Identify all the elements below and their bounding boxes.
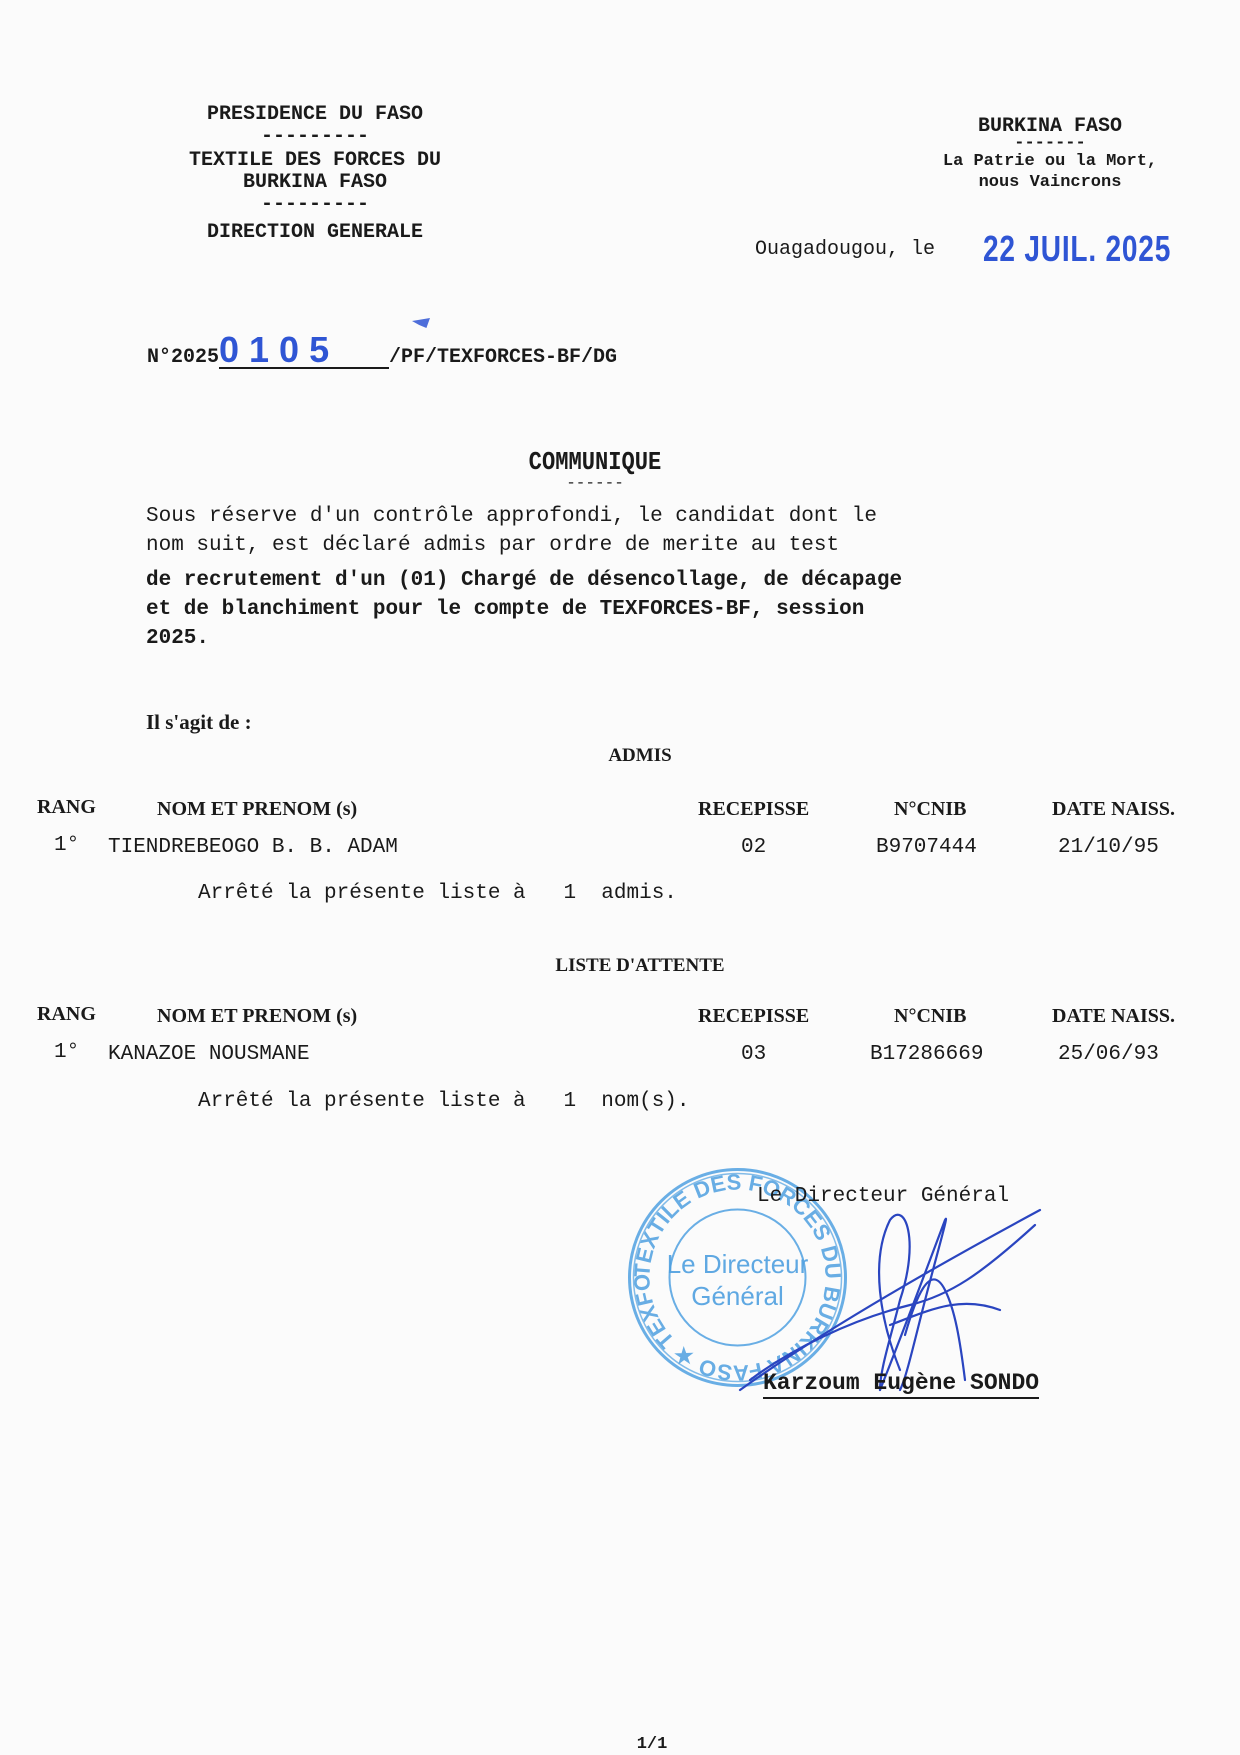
reference-prefix: N°2025 [147,346,219,369]
page-number: 1/1 [602,1735,702,1754]
communique-intro: Sous réserve d'un contrôle approfondi, l… [146,502,1066,560]
header-separator: --------- [150,126,480,148]
reference-suffix: /PF/TEXFORCES-BF/DG [389,346,617,369]
closing-prefix: Arrêté la présente liste à [198,1090,526,1113]
date-stamp: 22 JUIL. 2025 [983,228,1171,270]
col-rang: RANG [37,796,96,819]
ink-mark [412,318,430,328]
col-date-naiss: DATE NAISS. [1052,1005,1175,1028]
attente-section-title: LISTE D'ATTENTE [490,955,790,977]
intro-line-2: nom suit, est déclaré admis par ordre de… [146,531,1066,560]
col-rang: RANG [37,1003,96,1026]
admis-closing: Arrêté la présente liste à 1 admis. [198,882,677,905]
closing-count: 1 [563,1090,576,1113]
country-separator: ------- [900,137,1200,151]
intro-line-1: Sous réserve d'un contrôle approfondi, l… [146,502,1066,531]
closing-suffix: admis. [601,882,677,905]
reference-number: N°20250105/PF/TEXFORCES-BF/DG [147,333,617,369]
col-nom: NOM ET PRENOM (s) [157,798,357,821]
closing-suffix: nom(s). [601,1090,689,1113]
admis-section-title: ADMIS [490,745,790,767]
col-cnib: N°CNIB [894,798,966,821]
presidency-line: PRESIDENCE DU FASO [150,104,480,126]
cell-rang: 1° [54,1041,79,1064]
cell-cnib: B17286669 [870,1043,983,1066]
attente-closing: Arrêté la présente liste à 1 nom(s). [198,1090,690,1113]
communique-title-separator: ------ [560,474,630,492]
motto-line-1: La Patrie ou la Mort, [900,151,1200,172]
cell-cnib: B9707444 [876,836,977,859]
communique-title: COMMUNIQUE [480,447,710,477]
col-date-naiss: DATE NAISS. [1052,798,1175,821]
cell-date-naiss: 25/06/93 [1058,1043,1159,1066]
cell-recepisse: 02 [741,836,766,859]
col-recepisse: RECEPISSE [698,1005,809,1028]
communique-subject: de recrutement d'un (01) Chargé de désen… [146,566,1066,653]
list-intro: Il s'agit de : [146,710,252,735]
cell-nom: KANAZOE NOUSMANE [108,1043,310,1066]
cell-nom: TIENDREBEOGO B. B. ADAM [108,836,398,859]
col-nom: NOM ET PRENOM (s) [157,1005,357,1028]
subject-line-2: et de blanchiment pour le compte de TEXF… [146,595,1066,624]
cell-rang: 1° [54,834,79,857]
country-header: BURKINA FASO ------- La Patrie ou la Mor… [900,116,1200,193]
cell-date-naiss: 21/10/95 [1058,836,1159,859]
organization-line: TEXTILE DES FORCES DU [150,150,480,172]
subject-line-1: de recrutement d'un (01) Chargé de désen… [146,566,1066,595]
signatory-name: Karzoum Eugène SONDO [763,1370,1039,1399]
direction-line: DIRECTION GENERALE [150,222,480,244]
issuer-header: PRESIDENCE DU FASO --------- TEXTILE DES… [150,104,480,244]
motto-line-2: nous Vaincrons [900,172,1200,193]
reference-stamped-number: 0105 [219,333,389,369]
closing-count: 1 [563,882,576,905]
closing-prefix: Arrêté la présente liste à [198,882,526,905]
col-cnib: N°CNIB [894,1005,966,1028]
cell-recepisse: 03 [741,1043,766,1066]
organization-line-2: BURKINA FASO [150,172,480,194]
subject-line-3: 2025. [146,624,1066,653]
header-separator: --------- [150,194,480,216]
col-recepisse: RECEPISSE [698,798,809,821]
dateline-place: Ouagadougou, le [755,238,935,261]
